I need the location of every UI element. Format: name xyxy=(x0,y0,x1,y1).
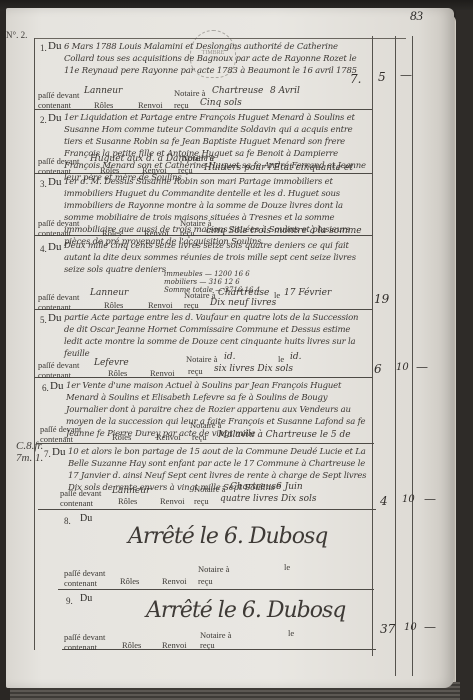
notaire-value: Chartreuse xyxy=(218,288,269,298)
roles-label: Rôles xyxy=(108,368,127,378)
recu-value: Malaviu à Chartreuse le 5 de xyxy=(218,430,351,440)
renvoi-label: Renvoi xyxy=(160,496,185,506)
recu-label: reçu xyxy=(198,576,213,586)
folio-number: 83 xyxy=(410,8,423,24)
entry-number: 3. xyxy=(40,179,47,189)
entry-number: 1. xyxy=(40,43,47,53)
register-entry: 4. Du Deux mille cinq cents seize livres… xyxy=(34,236,372,310)
entry-number: 5. xyxy=(40,315,47,325)
roles-label: Rôles xyxy=(122,640,141,650)
sub-total-row: mobiliers — 316 12 6 xyxy=(164,278,260,286)
notaire-label: Notaire à xyxy=(174,88,205,98)
register-entry: 8. Du Arrêté le 6. Dubosq paſſé devant c… xyxy=(58,510,374,590)
register-entry: 7. Du 10 et alors le bon partage de 15 a… xyxy=(38,444,376,510)
register-entry: 1. Du 6 Mars 1788 Louis Malamini et Desl… xyxy=(34,38,372,110)
recu-label: reçu xyxy=(200,640,215,650)
date-value: id. xyxy=(290,352,302,362)
entry-number: 8. xyxy=(64,516,71,526)
date-value: 8 Avril xyxy=(270,86,300,96)
roles-label: Rôles xyxy=(112,432,131,442)
amount-livres: 7. xyxy=(350,72,361,86)
column-rule xyxy=(395,36,396,676)
renvoi-label: Renvoi xyxy=(138,100,163,110)
amount-sols: 10 xyxy=(402,494,415,505)
entry-date: 1er xyxy=(64,113,78,123)
contenant-label: contenant xyxy=(38,100,71,110)
du-label: Du xyxy=(80,513,92,524)
register-entry: 6. Du 1er Vente d'une maison Actuel à So… xyxy=(36,378,374,444)
contenant-label: contenant xyxy=(60,498,93,508)
notaire-value: Chartreuse xyxy=(230,482,281,492)
roles-label: Rôles xyxy=(118,496,137,506)
entry-date: 6 Mars 1788 xyxy=(64,42,116,52)
recu-label: reçu xyxy=(192,432,207,442)
du-label: Du xyxy=(48,40,61,52)
passe-devant-label: paſſé devant xyxy=(38,156,79,166)
du-label: Du xyxy=(48,241,61,253)
register-entry: 5. Du partie Acte partage entre les d. V… xyxy=(34,310,372,378)
amount-total-sols: 10 xyxy=(404,622,417,633)
passe-devant-label: paſſé devant xyxy=(64,632,105,642)
le-label: le xyxy=(278,354,284,364)
recu-value: Huitiers pour l'Etat cinquante et xyxy=(204,163,353,173)
date-value: 6 Juin xyxy=(276,482,303,492)
passe-devant-value: Lanneur xyxy=(90,288,128,298)
passe-devant-value: Lanneur xyxy=(84,86,122,96)
signature: Arrêté le 6. Dubosq xyxy=(128,524,327,549)
passe-devant-label: paſſé devant xyxy=(38,360,79,370)
renvoi-label: Renvoi xyxy=(156,432,181,442)
sub-total-row: immeubles — 1200 16 6 xyxy=(164,270,260,278)
entry-handwriting: partie Acte partage entre les d. Vaufaur… xyxy=(64,312,366,360)
amount-total-deniers: — xyxy=(424,620,436,634)
entry-date: 1er xyxy=(66,381,80,391)
entry-handwriting: 6 Mars 1788 Louis Malamini et Deslongins… xyxy=(64,41,366,77)
notaire-value: Chartreuse xyxy=(212,86,263,96)
entry-date: 1er d. M. xyxy=(64,177,102,187)
renvoi-label: Renvoi xyxy=(162,576,187,586)
du-label: Du xyxy=(48,176,61,188)
renvoi-label: Renvoi xyxy=(150,368,175,378)
amount-deniers: — xyxy=(400,68,412,82)
amount-total-livres: 37 xyxy=(380,622,395,636)
amount-livres: 4 xyxy=(380,494,388,508)
entry-number: 9. xyxy=(66,596,73,606)
entry-number: 4. xyxy=(40,244,47,254)
du-label: Du xyxy=(48,312,61,324)
recu-label: reçu xyxy=(194,496,209,506)
amount-livres: 19 xyxy=(374,292,389,306)
le-label: le xyxy=(288,628,294,638)
notaire-label: Notaire à xyxy=(194,484,225,494)
entry-number: 2. xyxy=(40,115,47,125)
date-value: 17 Février xyxy=(284,288,331,298)
amount-deniers: — xyxy=(416,360,428,374)
entry-number: 6. xyxy=(42,383,49,393)
recu-value: cinq Sols trois montre à la somme xyxy=(206,226,362,236)
entry-text: Acte partage entre les d. Vaufaur en qua… xyxy=(64,313,358,359)
recu-value: quatre livres Dix sols xyxy=(220,494,317,504)
contenant-label: contenant xyxy=(40,434,73,444)
entry-date: partie xyxy=(64,313,89,323)
notaire-label: Notaire à xyxy=(200,630,231,640)
notaire-label: Notaire à xyxy=(182,153,213,163)
roles-label: Rôles xyxy=(94,100,113,110)
recu-label: reçu xyxy=(184,300,199,310)
register-number: N°. 2. xyxy=(6,30,27,40)
contenant-label: contenant xyxy=(64,642,97,652)
notaire-value: id. xyxy=(224,352,236,362)
passe-devant-label: paſſé devant xyxy=(38,292,79,302)
le-label: le xyxy=(284,562,290,572)
recu-label: reçu xyxy=(174,100,189,110)
contenant-label: contenant xyxy=(64,578,97,588)
passe-devant-value: Lefevre xyxy=(94,358,129,368)
book-spine-shadow xyxy=(456,10,473,700)
signature: Arrêté le 6. Dubosq xyxy=(146,598,345,623)
renvoi-label: Renvoi xyxy=(148,300,173,310)
passe-devant-label: paſſé devant xyxy=(38,218,79,228)
recu-value: Cinq sols xyxy=(200,98,242,108)
entry-number: 7. xyxy=(44,449,51,459)
recu-label: reçu xyxy=(188,366,203,376)
amount-livres: 6 xyxy=(374,362,382,376)
du-label: Du xyxy=(50,380,63,392)
passe-devant-label: paſſé devant xyxy=(60,488,101,498)
du-label: Du xyxy=(52,446,65,458)
amount-sols: 5 xyxy=(378,70,386,84)
notaire-label: Notaire à xyxy=(198,564,229,574)
amount-deniers: — xyxy=(424,492,436,506)
notaire-label: Notaire à xyxy=(186,354,217,364)
recu-value: six livres Dix sols xyxy=(214,364,293,374)
passe-devant-value: Lanneur xyxy=(112,486,150,496)
recu-value: Dix neuf livres xyxy=(210,298,276,308)
roles-label: Rôles xyxy=(120,576,139,586)
roles-label: Rôles xyxy=(104,300,123,310)
register-entry: 9. Du Arrêté le 6. Dubosq paſſé devant c… xyxy=(62,590,376,650)
column-rule xyxy=(412,36,413,676)
passe-devant-label: paſſé devant xyxy=(40,424,81,434)
du-label: Du xyxy=(48,112,61,124)
du-label: Du xyxy=(80,593,92,604)
passe-devant-label: paſſé devant xyxy=(38,90,79,100)
register-entry: 3. Du 1er d. M. Dessus Susanne Robin son… xyxy=(34,174,372,236)
passe-devant-label: paſſé devant xyxy=(64,568,105,578)
notaire-label: Notaire à xyxy=(190,420,221,430)
register-entry: 2. Du 1er Liquidation et Partage entre F… xyxy=(34,110,372,174)
entry-date: 10 xyxy=(68,447,78,457)
renvoi-label: Renvoi xyxy=(162,640,187,650)
amount-sols: 10 xyxy=(396,362,409,373)
